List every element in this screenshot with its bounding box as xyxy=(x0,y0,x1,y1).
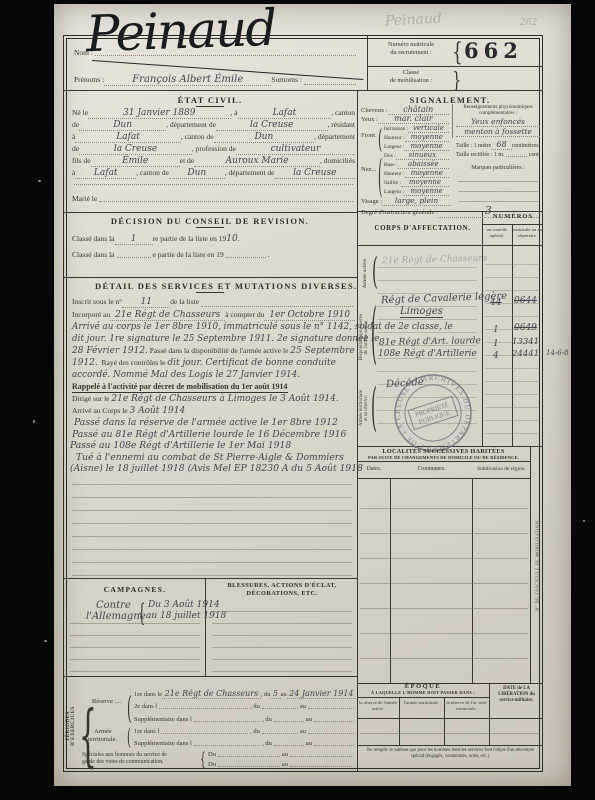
value: Dun xyxy=(79,120,166,131)
services-line: Passé dans la réserve de l'armée active … xyxy=(74,417,338,428)
surnoms-label: Surnoms : xyxy=(271,75,302,84)
label: Classé dans la xyxy=(72,234,115,243)
numeros-header: NUMÉROS xyxy=(487,213,539,220)
numero-matricule: 13341 xyxy=(512,337,539,347)
value: 5 xyxy=(270,689,280,699)
reserve-label: Réserve .... xyxy=(92,698,121,705)
matricule-label-2: du recrutement : xyxy=(372,49,450,56)
label: au xyxy=(282,761,288,768)
rule xyxy=(357,718,543,719)
speciales-label: Spéciales aux hommes du service de xyxy=(82,752,167,758)
label: , résidant xyxy=(328,120,356,129)
label: Taille rectifiée : 1 m. xyxy=(456,152,504,158)
value: moyenne xyxy=(401,178,449,187)
territoriale-label: Armée xyxy=(94,728,112,735)
value: Lafat xyxy=(238,108,332,119)
periodes-side-label: PÉRIODES D'EXERCICES xyxy=(66,706,76,746)
value: 68 xyxy=(491,140,512,150)
numero-controle: 4 xyxy=(493,351,499,361)
value: abaissée xyxy=(398,160,449,169)
nez-label: Nez... xyxy=(361,166,376,173)
scanned-military-record: Peinaud Peinaud 262 Nom : Prénoms : Fran… xyxy=(0,0,595,800)
label: Largeur : xyxy=(384,144,404,150)
signalement-row: Yeux : mar. clair xyxy=(361,114,449,124)
services-line: 28 Février 1912. Passé dans la disponibi… xyxy=(72,346,355,356)
numero-controle: 44 xyxy=(490,298,501,308)
services-line: accordé. Nommé Mal des Logis le 27 Janvi… xyxy=(72,370,300,380)
label: fils de xyxy=(72,156,91,165)
front-label: Front. xyxy=(361,132,377,139)
localites-subtitle: PAR SUITE DE CHANGEMENTS DE DOMICILE OU … xyxy=(360,455,527,460)
label: de la liste xyxy=(170,297,199,306)
blessures-title: BLESSURES, ACTIONS D'ÉCLAT, xyxy=(210,582,354,589)
epoque-col-header: l'armée territoriale. xyxy=(401,700,442,706)
matricule-label: Numéro matricule xyxy=(372,41,450,48)
value: sinueux xyxy=(396,151,449,160)
numero-matricule: 0649 xyxy=(514,323,537,333)
dates-col-header: Dates. xyxy=(358,466,390,472)
label: au xyxy=(306,740,312,747)
label: 1re dans l xyxy=(134,728,159,735)
mobilisation-line: Rappelé à l'activité par décret de mobil… xyxy=(72,382,288,393)
services-line: 1912. Rayé des contrôles le dit jour. Ce… xyxy=(72,358,355,368)
marie-label: Marié le xyxy=(72,194,97,203)
label: Degré d'instruction générale : xyxy=(361,209,438,216)
value: 28 Février 1912. xyxy=(72,346,148,356)
rule xyxy=(482,211,483,446)
brace-decoration: ( xyxy=(127,690,132,726)
label: de l'armée active. xyxy=(364,314,369,361)
label: , domiciliés xyxy=(320,156,355,165)
decision-title: DÉCISION DU CONSEIL DE REVISION. xyxy=(110,216,310,226)
label: Classé dans la xyxy=(72,250,115,259)
label: au xyxy=(282,751,288,758)
blank-ruled-lines xyxy=(70,612,200,672)
rule xyxy=(63,676,357,677)
label: au xyxy=(300,728,306,735)
value: 21e Régt de Chasseurs xyxy=(162,689,261,699)
brace-decoration: } xyxy=(452,68,462,93)
marie-row: Marié le xyxy=(72,194,355,203)
scan-speck xyxy=(33,420,35,423)
margin-note: 14-6-8 xyxy=(546,349,569,357)
numero-controle: 1 xyxy=(493,339,499,349)
rule xyxy=(357,745,543,746)
taille-row: Taille : 1 mètre 68 centimètres. xyxy=(456,140,540,150)
services-line: Inscrit sous le n° 11 de la liste xyxy=(72,297,355,308)
value: Émile xyxy=(91,156,180,167)
blank-ruled-lines xyxy=(360,722,540,744)
label: cent. xyxy=(529,152,540,158)
speciales-label-2: garde des voies de communication. xyxy=(82,759,164,765)
label: 2e dans l xyxy=(134,703,157,710)
value: menton à fossette xyxy=(456,127,540,137)
label: . xyxy=(268,250,270,259)
value: moyenne xyxy=(405,133,449,142)
disponibilite-label: Disponibilité et réserve de l'armée acti… xyxy=(359,314,369,361)
label: , canton xyxy=(331,108,355,117)
rule xyxy=(357,245,543,246)
label: Dos : xyxy=(384,153,396,159)
value: 21e Régt de Chasseurs à Limoges le 3 Aoû… xyxy=(111,394,338,404)
rule xyxy=(196,106,224,107)
numero-matricule: 24441 xyxy=(512,349,539,359)
etat-civil-line: àLafat , canton deDun , département xyxy=(72,132,355,143)
label: et sa réserve. xyxy=(364,390,369,426)
services-title: DÉTAIL DES SERVICES ET MUTATIONS DIVERSE… xyxy=(95,281,325,291)
epoque-col-header: la réserve de l'ar- mée territoriale. xyxy=(446,700,487,711)
label: Taille : 1 mètre xyxy=(456,143,491,149)
rule xyxy=(357,90,358,771)
blank-ruled-lines xyxy=(212,600,352,672)
value: Lafat xyxy=(75,132,180,143)
label: Yeux : xyxy=(361,116,378,123)
label: Passé dans la disponibilité de l'armée a… xyxy=(150,346,289,355)
nez-row: Largeur : moyenne xyxy=(384,187,449,196)
decision-line: Classé dans la e partie de la liste en 1… xyxy=(72,250,342,259)
label: Saillie : xyxy=(384,180,401,186)
rule xyxy=(530,446,531,683)
value: 10 xyxy=(226,234,237,244)
periode-row: Du au xyxy=(208,751,354,758)
classe-label-2: de mobilisation : xyxy=(372,77,450,84)
label: de xyxy=(72,144,79,153)
epoque-title: ÉPOQUE xyxy=(390,683,456,690)
value: 1912. xyxy=(72,358,98,368)
periode-row: 1re dans le 21e Régt de Chasseurs , du 5… xyxy=(134,689,356,699)
value: mar. clair xyxy=(378,114,449,124)
territoriale-label-2: territoriale. xyxy=(88,736,117,743)
label: re partie de la liste en 19 xyxy=(153,234,227,243)
rule xyxy=(63,578,357,579)
label: , à xyxy=(231,108,238,117)
territoriale-reserve-label: Armée territoriale et sa réserve. xyxy=(359,390,369,426)
value: la Creuse xyxy=(79,144,192,155)
value: 11 xyxy=(122,297,170,308)
label: Base : xyxy=(384,162,398,168)
rule xyxy=(63,90,543,91)
scan-speck xyxy=(38,180,41,182)
label: Arrivé au Corps le xyxy=(72,406,128,415)
rule xyxy=(357,478,530,479)
label: Du xyxy=(208,751,216,758)
label: au xyxy=(300,703,306,710)
label: Rayé des contrôles le xyxy=(102,358,166,367)
front-row: Hauteur : moyenne xyxy=(384,133,449,142)
label: Inscrit sous le n° xyxy=(72,297,122,306)
communes-col-header: Communes. xyxy=(391,466,472,472)
classe-label: Classe xyxy=(372,69,450,76)
label: au xyxy=(306,716,312,723)
brace-decoration: ( xyxy=(372,250,378,293)
front-row: Inclinaison : verticale xyxy=(384,124,449,133)
label: , département xyxy=(314,132,355,141)
services-line: dit jour. 1re signature le 25 Septembre … xyxy=(72,334,379,344)
controle-col-header: au contrôle spécial. xyxy=(483,227,511,238)
registration-number: 662 xyxy=(464,38,523,63)
numero-controle: 1 xyxy=(493,325,499,335)
scan-speck xyxy=(583,520,585,522)
label: et de xyxy=(180,156,194,165)
label: , du xyxy=(250,728,260,735)
taille-rectifiee-row: Taille rectifiée : 1 m. cent. xyxy=(456,152,540,158)
localites-title: LOCALITÉS SUCCESSIVES HABITÉES xyxy=(362,448,525,455)
label: e partie de la liste en 19 xyxy=(153,250,224,259)
corps-entry: 108e Régt d'Artillerie xyxy=(378,349,477,359)
etat-civil-line: deDun , département dela Creuse , résida… xyxy=(72,120,355,131)
rule xyxy=(196,227,224,228)
prenoms-value: François Albert Émile xyxy=(104,74,271,86)
fascicule-side-label: N° DU FASCICULE DE MOBILISATION. xyxy=(535,519,540,611)
periode-row: Supplémentaire dans l , du au xyxy=(134,740,356,747)
nez-row: Dos : sinueux xyxy=(384,151,449,160)
label: Hauteur : xyxy=(384,135,405,141)
blank-ruled-lines xyxy=(360,484,528,682)
label: Supplémentaire dans l xyxy=(134,716,192,723)
value: verticale xyxy=(408,124,449,133)
blank-ruled-lines xyxy=(72,472,352,576)
campagne-dates: Du 3 Août 1914 xyxy=(148,600,220,610)
rule xyxy=(63,277,357,278)
label: , canton de xyxy=(181,132,214,141)
rule xyxy=(452,104,453,138)
value: 1 xyxy=(115,234,153,245)
services-line: Passé au 81e Régt d'Artillerie lourde le… xyxy=(72,429,346,440)
epoque-col-header: la réserve de l'armée active. xyxy=(359,700,397,711)
value: Yeux enfoncés xyxy=(456,117,540,127)
pencil-annotation-name: Peinaud xyxy=(385,11,443,30)
rule xyxy=(367,35,368,90)
prenoms-label: Prénoms : xyxy=(74,75,104,84)
periode-row: Du au xyxy=(208,761,354,768)
blank-ruled-lines xyxy=(458,172,538,202)
campagne-entry: Contre xyxy=(96,600,131,611)
renseignement-line: Yeux enfoncés xyxy=(456,117,540,127)
etat-civil-line: Né le31 Janvier 1889 , àLafat , canton xyxy=(72,108,355,119)
marques-label: Marques particulières : xyxy=(456,165,540,171)
value: 31 Janvier 1889 xyxy=(88,108,230,119)
label: , du xyxy=(261,691,271,698)
value: 3 Août 1914 xyxy=(129,406,185,416)
value: Auroux Marie xyxy=(194,156,320,167)
value: Lafat xyxy=(75,168,136,179)
value: 24 Janvier 1914 xyxy=(287,689,356,699)
armee-active-label: Armée active. xyxy=(362,258,368,289)
label: Inclinaison : xyxy=(384,127,408,132)
value: cultivateur xyxy=(236,144,355,155)
etat-civil-line: dela Creuse , profession decultivateur xyxy=(72,144,355,155)
nez-row: Base : abaissée xyxy=(384,160,449,169)
label: Né le xyxy=(72,108,88,117)
label: Incorporé au xyxy=(72,310,110,319)
blank-line xyxy=(72,182,355,186)
brace-decoration: ( xyxy=(371,377,377,438)
value: la Creuse xyxy=(275,168,355,179)
value: moyenne xyxy=(405,169,449,178)
brace-decoration: ( xyxy=(371,294,377,373)
nez-row: Hauteur : moyenne xyxy=(384,169,449,178)
label: de xyxy=(72,120,79,129)
services-line: Passé au 108e Régt d'Artillerie le 1er M… xyxy=(70,440,291,451)
brace-decoration: ( xyxy=(127,727,131,751)
label: D'EXERCICES xyxy=(71,706,76,746)
blessures-title-2: DÉCORATIONS, ETC. xyxy=(210,590,354,597)
front-row: Largeur : moyenne xyxy=(384,142,449,151)
decision-line: Classé dans la 1 re partie de la liste e… xyxy=(72,234,342,245)
campagnes-title: CAMPAGNES. xyxy=(85,585,185,594)
label: , département de xyxy=(166,120,216,129)
corps-title: CORPS D'AFFECTATION. xyxy=(370,224,475,232)
label: Du xyxy=(208,761,216,768)
scan-speck xyxy=(44,640,47,642)
services-line: Arrivé au Corps le 3 Août 1914 xyxy=(72,406,355,416)
label: Cheveux : xyxy=(361,107,388,114)
value: Dun xyxy=(214,132,315,143)
renseignement-line: menton à fossette xyxy=(456,127,540,137)
epoque-note: Ne remplir ce tableau que pour les homme… xyxy=(362,748,539,760)
value: dit jour. Certificat de bonne conduite xyxy=(167,358,336,368)
numero-matricule: 0644 xyxy=(514,296,537,306)
periode-row: 1re dans l , du au xyxy=(134,728,356,735)
label: , du xyxy=(262,740,272,747)
corps-entry: 81e Régt d'Art. lourde xyxy=(379,336,481,348)
value: moyenne xyxy=(404,142,449,151)
nom-row: Nom : xyxy=(74,48,358,57)
prenoms-row: Prénoms : François Albert Émile Surnoms … xyxy=(74,74,358,86)
value: 1er Octobre 1910 xyxy=(264,310,355,321)
label: Dirigé sur le xyxy=(72,394,110,403)
value: 25 Septembre xyxy=(290,346,354,356)
pencil-annotation-number: 262 xyxy=(520,18,537,28)
liberation-date-header: DATE de LA LIBÉRATION du service militai… xyxy=(492,686,541,705)
rule xyxy=(63,212,357,213)
epoque-subtitle: À LAQUELLE L'HOMME DOIT PASSER DANS : xyxy=(359,690,487,695)
brace-decoration: { xyxy=(452,38,463,68)
rule xyxy=(196,292,224,293)
label: Supplémentaire dans l xyxy=(134,740,192,747)
subdivision-col-header: Subdivision de région. xyxy=(473,466,530,472)
label: , du xyxy=(250,703,260,710)
label: centimètres. xyxy=(512,143,540,149)
label: Largeur : xyxy=(384,189,404,195)
nom-label: Nom : xyxy=(74,48,93,57)
value: 21e Régt de Chasseurs xyxy=(110,310,225,321)
label: Hauteur : xyxy=(384,171,405,177)
label: , canton de xyxy=(136,168,169,177)
matricule-col-header: matricule ou au répertoire. xyxy=(513,227,542,238)
label: à compter du xyxy=(225,310,264,319)
label: . xyxy=(238,234,240,243)
etat-civil-line: fils deÉmile et deAuroux Marie , domicil… xyxy=(72,156,355,167)
brace-decoration: { xyxy=(200,751,206,771)
corps-entry: Limoges xyxy=(400,306,443,318)
rule xyxy=(357,697,489,698)
etat-civil-line: àLafat , canton deDun , département dela… xyxy=(72,168,355,179)
value: la Creuse xyxy=(216,120,328,131)
nez-row: Saillie : moyenne xyxy=(384,178,449,187)
periode-row: Supplémentaire dans l , du au xyxy=(134,716,356,723)
services-line: Incorporé au 21e Régt de Chasseurs à com… xyxy=(72,310,355,321)
value: moyenne xyxy=(404,187,449,196)
rule xyxy=(205,578,206,676)
rule xyxy=(357,461,530,462)
label: 1re dans le xyxy=(134,691,162,698)
label: , du xyxy=(262,716,272,723)
etat-civil-title: ÉTAT CIVIL. xyxy=(140,95,280,105)
label: , département de xyxy=(225,168,275,177)
services-line: Tué à l'ennemi au combat de St Pierre-Ai… xyxy=(76,452,344,463)
periode-row: 2e dans l , du au xyxy=(134,703,356,710)
value: Dun xyxy=(169,168,225,179)
renseignements-label-2: complémentaires : xyxy=(456,110,540,116)
label: , profession de xyxy=(192,144,236,153)
services-line: Dirigé sur le 21e Régt de Chasseurs à Li… xyxy=(72,394,355,404)
